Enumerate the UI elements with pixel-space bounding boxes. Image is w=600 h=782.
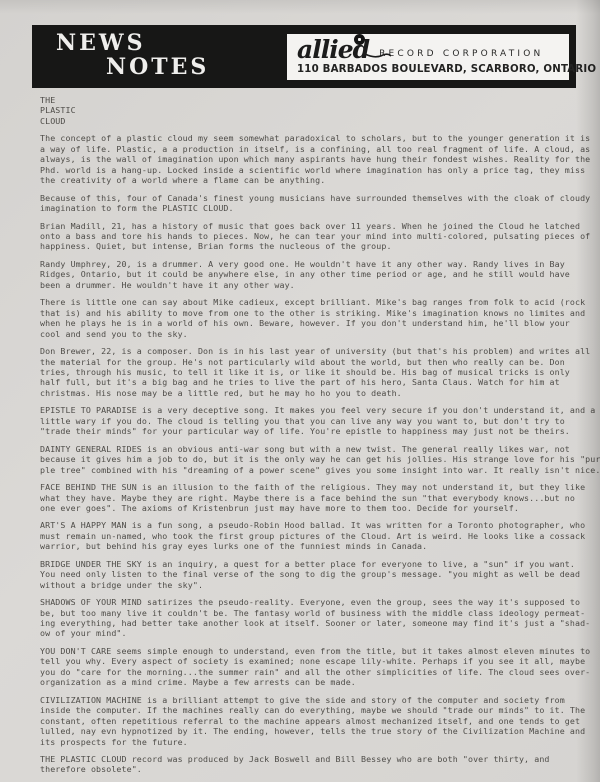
paper-top-shadow — [0, 0, 600, 14]
paragraph-shadows-of-your-mind: SHADOWS OF YOUR MIND satirizes the pseud… — [40, 597, 592, 639]
title-line: THE — [40, 95, 55, 105]
title-line: PLASTIC — [40, 105, 76, 115]
paragraph-band-formation: Because of this, four of Canada's finest… — [40, 193, 592, 214]
masthead-bar: NEWS NOTES allied RECORD CORPORATION 110… — [32, 25, 576, 88]
company-name: RECORD CORPORATION — [379, 49, 543, 62]
record-disc-icon — [354, 34, 365, 45]
company-address: 110 BARBADOS BOULEVARD, SCARBORO, ONTARI… — [297, 64, 561, 75]
record-label-logo-box: allied RECORD CORPORATION 110 BARBADOS B… — [287, 34, 569, 80]
document-title: THE PLASTIC CLOUD — [40, 95, 592, 126]
paragraph-don-brewer: Don Brewer, 22, is a composer. Don is in… — [40, 346, 592, 398]
paragraph-arts-a-happy-man: ART'S A HAPPY MAN is a fun song, a pseud… — [40, 520, 592, 551]
paragraph-civilization-machine: CIVILIZATION MACHINE is a brilliant atte… — [40, 695, 592, 747]
paragraph-dainty-general-rides: DAINTY GENERAL RIDES is an obvious anti-… — [40, 444, 592, 475]
paragraph-mike-cadieux: There is little one can say about Mike c… — [40, 297, 592, 339]
paragraph-producers: THE PLASTIC CLOUD record was produced by… — [40, 754, 592, 775]
logo-swash-icon — [365, 51, 391, 59]
paragraph-you-dont-care: YOU DON'T CARE seems simple enough to un… — [40, 646, 592, 688]
paragraph-randy-umphrey: Randy Umphrey, 20, is a drummer. A very … — [40, 259, 592, 290]
paragraph-bridge-under-the-sky: BRIDGE UNDER THE SKY is an inquiry, a qu… — [40, 559, 592, 590]
paragraph-epistle-to-paradise: EPISTLE TO PARADISE is a very deceptive … — [40, 405, 592, 436]
allied-logo: allied — [297, 38, 379, 62]
paragraph-brian-madill: Brian Madill, 21, has a history of music… — [40, 221, 592, 252]
title-line: CLOUD — [40, 116, 65, 126]
news-title: NEWS — [56, 30, 145, 56]
paragraph-intro: The concept of a plastic cloud my seem s… — [40, 133, 592, 185]
notes-title: NOTES — [106, 54, 209, 80]
paragraph-face-behind-the-sun: FACE BEHIND THE SUN is an illusion to th… — [40, 482, 592, 513]
press-release-body: THE PLASTIC CLOUD The concept of a plast… — [40, 95, 592, 782]
